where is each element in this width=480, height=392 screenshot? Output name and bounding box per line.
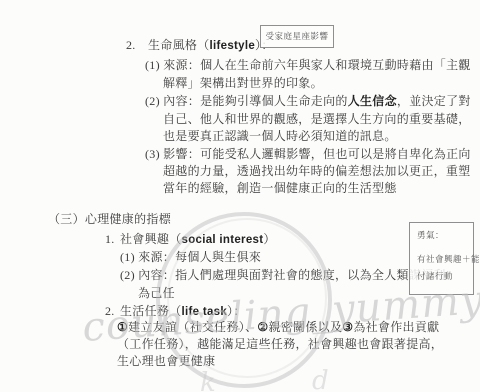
lifestyle-content-pre: (2) 內容：是能夠引導個人生命走向的 (145, 94, 348, 108)
lifestyle-content-line2: 自己、他人和世界的觀感，是選擇人生方向的重要基礎， (163, 112, 471, 127)
tasks-title-pre: 生活任務（ (120, 304, 182, 318)
interest-source-line: (1) 來源：每個人與生俱來 (120, 250, 261, 265)
interest-title-post: ） (263, 232, 275, 246)
lifestyle-item-number: 2. (126, 38, 136, 53)
courage-note-title: 勇氣： (417, 231, 473, 240)
courage-note-box: 勇氣： 有社會興趣＋能 付諸行動 (409, 222, 474, 295)
tasks-circled-2: ② (257, 320, 268, 334)
tasks-line1: ①建立友誼（社交任務）、②親密關係以及③為社會作出貢獻 (117, 320, 439, 335)
tasks-line2: （工作任務），越能滿足這些任務，社會興趣也會跟著提高， (117, 337, 443, 352)
lifestyle-impact-line3: 當年的經驗，創造一個健康正向的生活型態 (163, 181, 397, 196)
tasks-text-3: 為社會作出貢獻 (353, 320, 439, 334)
family-constellation-note-text: 受家庭星座影響 (265, 32, 328, 41)
tasks-circled-3: ③ (342, 320, 353, 334)
document-page: 2. 生命風格（lifestyle）： (1) 來源：個人在生命前六年與家人和環… (0, 0, 480, 392)
lifestyle-content-line1: (2) 內容：是能夠引導個人生命走向的人生信念，並決定了對 (145, 94, 471, 109)
tasks-circled-1: ① (117, 320, 128, 334)
tasks-title-post: ）： (227, 304, 246, 318)
courage-note-line2: 付諸行動 (417, 272, 473, 281)
lifestyle-title-pre: 生命風格（ (148, 38, 210, 52)
tasks-item-title: 生活任務（life task）： (120, 304, 246, 320)
watermark-stroke-d: d (312, 366, 329, 392)
tasks-text-2: 親密關係以及 (268, 320, 342, 334)
tasks-title-en: life task (182, 306, 228, 318)
tasks-line3: 生心理也會更健康 (117, 354, 215, 369)
section-heading: （三）心理健康的指標 (48, 212, 171, 227)
lifestyle-content-keyword: 人生信念 (348, 94, 397, 108)
interest-title-pre: 社會興趣（ (120, 232, 182, 246)
lifestyle-title-en: lifestyle (210, 40, 256, 52)
lifestyle-impact-line2: 超越的力量，透過找出幼年時的偏差想法加以更正，重塑 (163, 164, 471, 179)
watermark-stroke-k: k (200, 368, 216, 392)
interest-title-en: social interest (182, 234, 264, 246)
lifestyle-content-post: ，並決定了對 (397, 94, 471, 108)
interest-content-line2: 為己任 (138, 286, 175, 301)
lifestyle-source-line2: 解釋」架構出對世界的印象。 (163, 76, 323, 91)
lifestyle-item-title: 生命風格（lifestyle）： (148, 38, 274, 54)
family-constellation-note-box: 受家庭星座影響 (260, 25, 334, 48)
tasks-item-number: 2. (105, 304, 115, 319)
tasks-text-1: 建立友誼（社交任務）、 (128, 320, 257, 334)
lifestyle-content-line3: 也是要真正認識一個人時必須知道的訊息。 (163, 129, 397, 144)
interest-item-number: 1. (105, 232, 115, 247)
lifestyle-impact-line1: (3) 影響：可能受私人邏輯影響，但也可以是將自卑化為正向 (145, 147, 471, 162)
courage-note-line1: 有社會興趣＋能 (417, 255, 473, 264)
lifestyle-source-line1: (1) 來源：個人在生命前六年與家人和環境互動時藉由「主觀 (145, 58, 471, 73)
interest-content-line1: (2) 內容：指人們處理與面對社會的態度，以為全人類謀福利 (120, 268, 446, 283)
interest-item-title: 社會興趣（social interest） (120, 232, 276, 248)
